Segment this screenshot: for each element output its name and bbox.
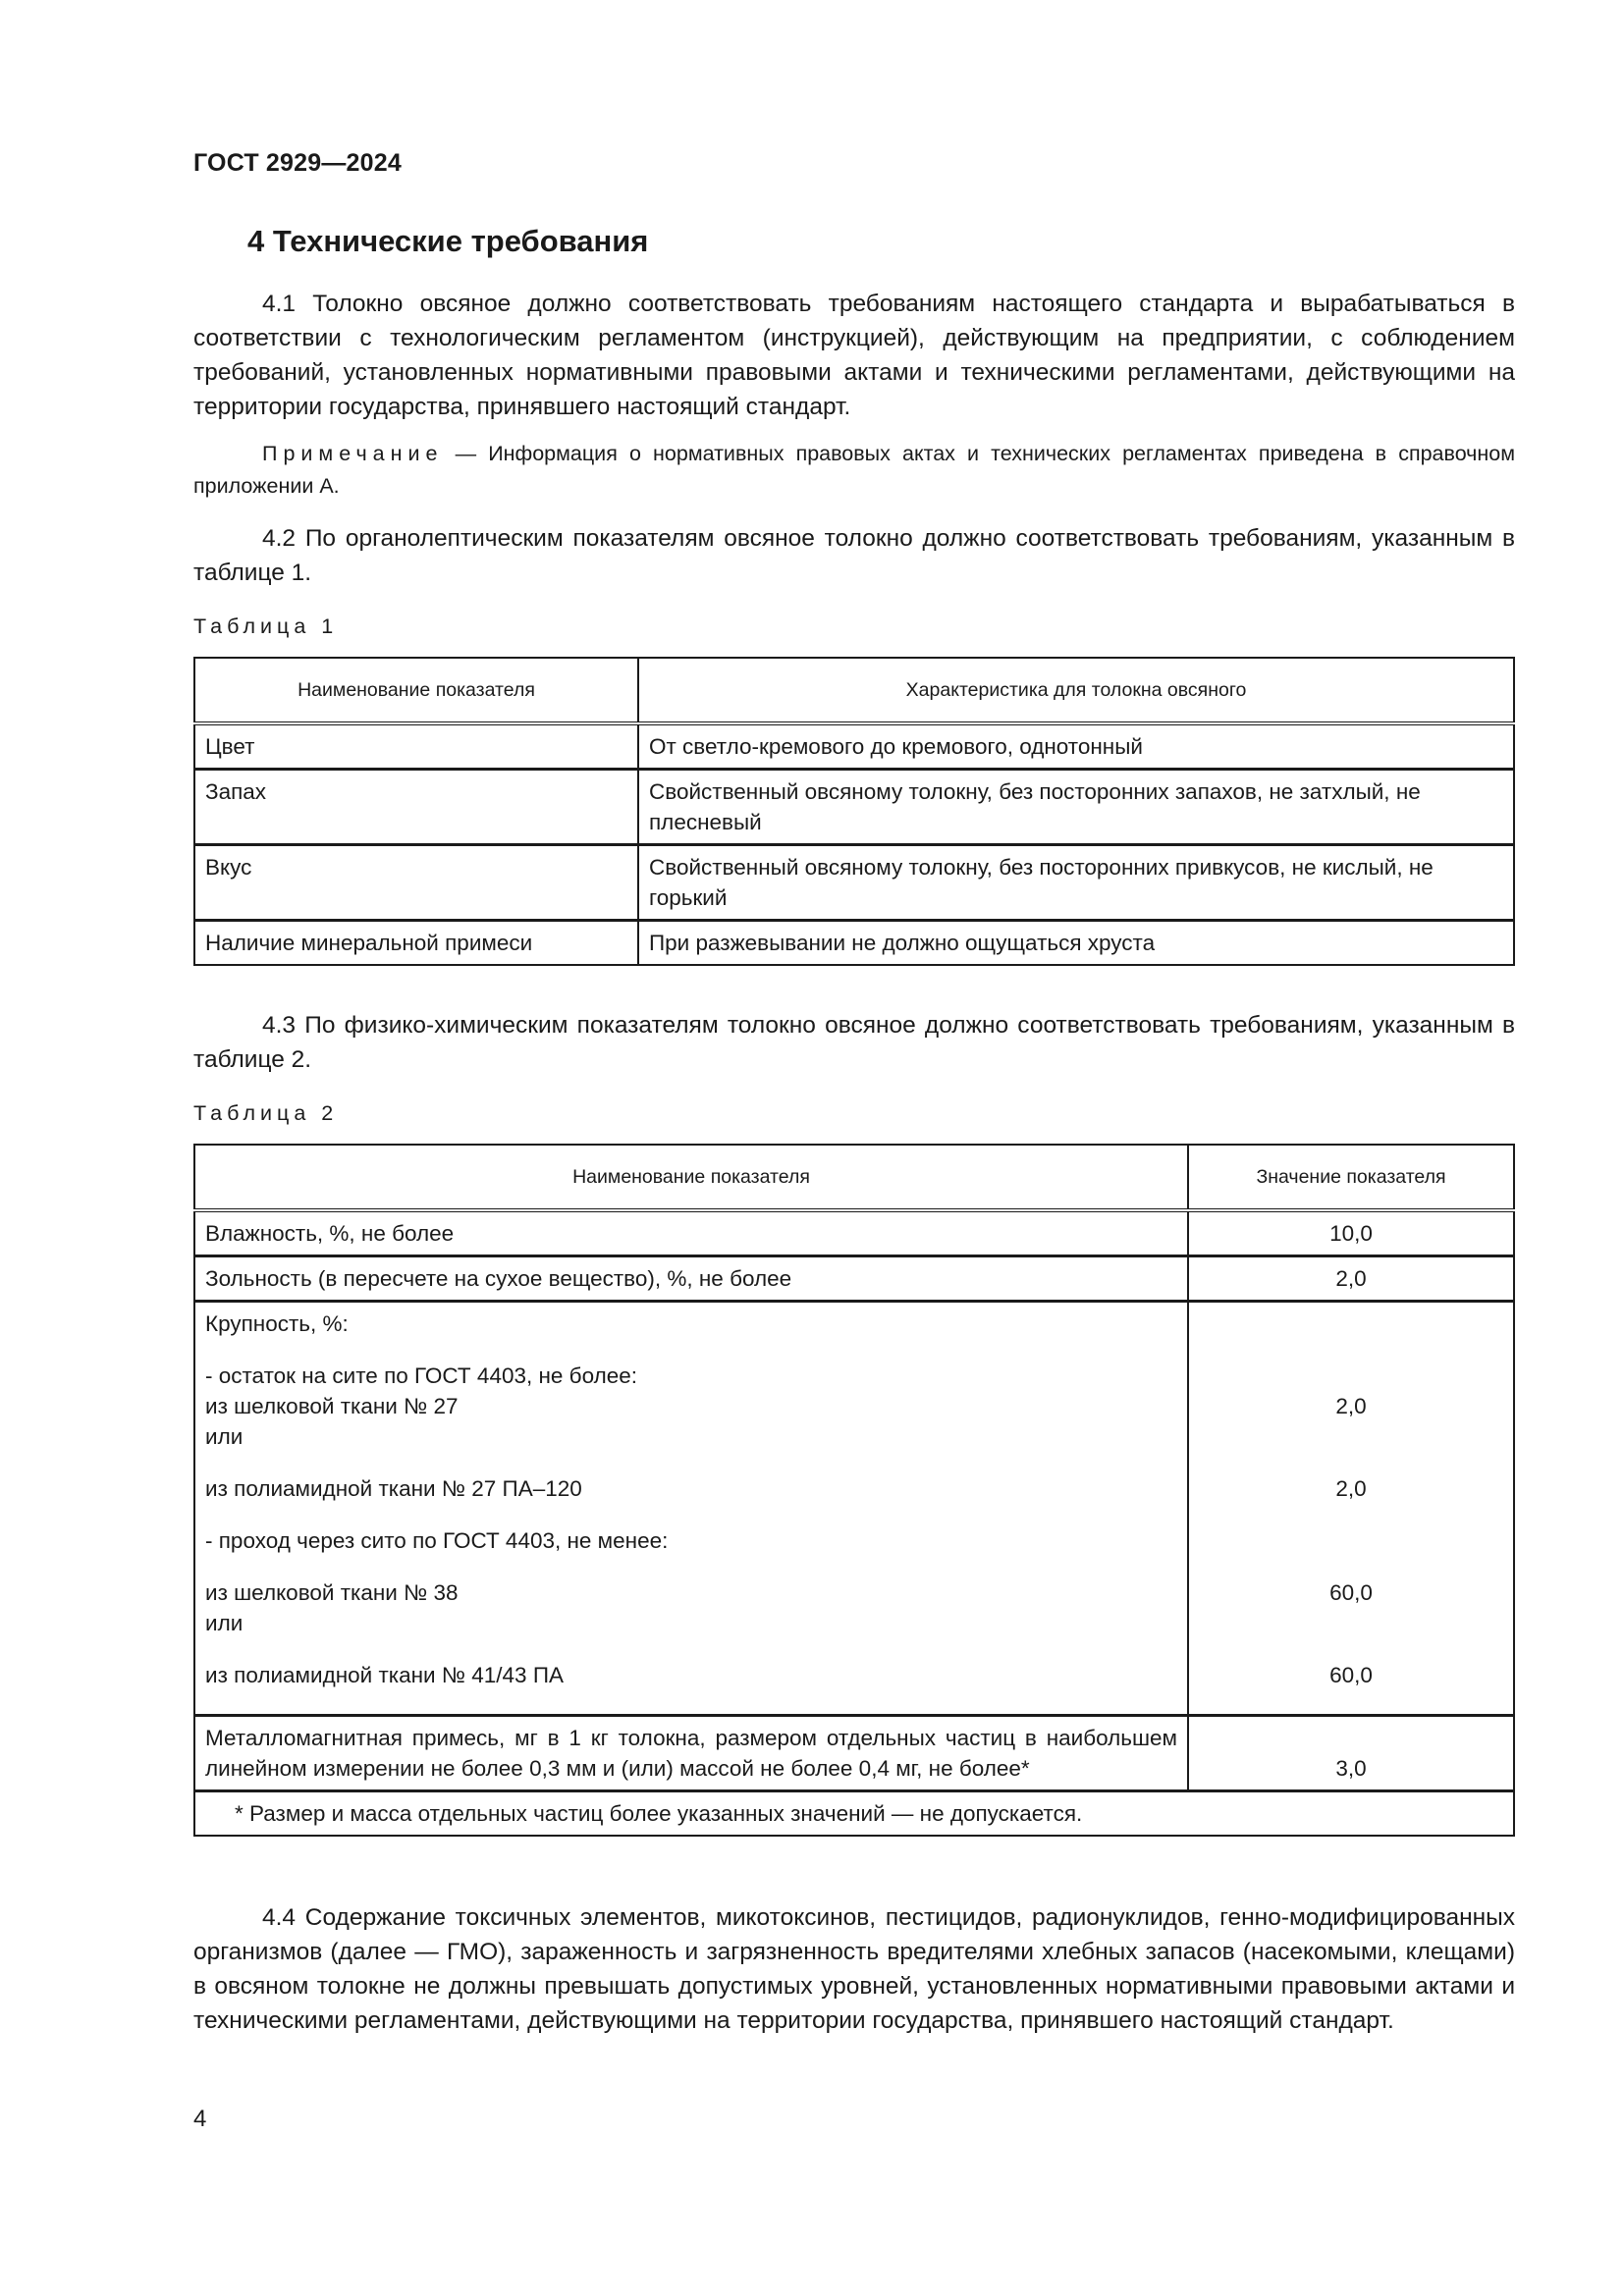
table-row: Цвет От светло-кремового до кремового, о… [194, 723, 1514, 770]
table-2-caption: Таблица 2 [193, 1101, 338, 1126]
table-row: Влажность, %, не более 10,0 [194, 1210, 1514, 1256]
page-number: 4 [193, 2106, 206, 2133]
table-2: Наименование показателя Значение показат… [193, 1144, 1515, 1837]
table-row: Зольность (в пересчете на сухое вещество… [194, 1256, 1514, 1302]
document-id: ГОСТ 2929—2024 [193, 149, 402, 178]
table-1-caption: Таблица 1 [193, 614, 338, 639]
table-row-coarseness: Крупность, %: - остаток на сите по ГОСТ … [194, 1302, 1514, 1716]
table-1-header-characteristic: Характеристика для толокна овсяного [638, 658, 1514, 723]
table-2-header-name: Наименование показателя [194, 1145, 1188, 1210]
section-title: 4 Технические требования [247, 224, 648, 259]
table-1-header-name: Наименование показателя [194, 658, 638, 723]
note-label: Примечание [262, 442, 443, 465]
table-2-header-value: Значение показателя [1188, 1145, 1514, 1210]
table-row: Вкус Свойственный овсяному толокну, без … [194, 845, 1514, 921]
table-2-footnote: * Размер и масса отдельных частиц более … [194, 1791, 1514, 1837]
paragraph-4-1: 4.1 Толокно овсяное должно соответствова… [193, 287, 1515, 424]
note: Примечание — Информация о нормативных пр… [193, 438, 1515, 503]
paragraph-4-2: 4.2 По органолептическим показателям овс… [193, 521, 1515, 590]
table-row: Наличие минеральной примеси При разжевыв… [194, 921, 1514, 966]
paragraph-4-3: 4.3 По физико-химическим показателям тол… [193, 1008, 1515, 1077]
paragraph-4-4: 4.4 Содержание токсичных элементов, мико… [193, 1900, 1515, 2038]
table-row: Запах Свойственный овсяному толокну, без… [194, 770, 1514, 845]
table-row-metal-impurity: Металломагнитная примесь, мг в 1 кг толо… [194, 1716, 1514, 1791]
table-1: Наименование показателя Характеристика д… [193, 657, 1515, 966]
